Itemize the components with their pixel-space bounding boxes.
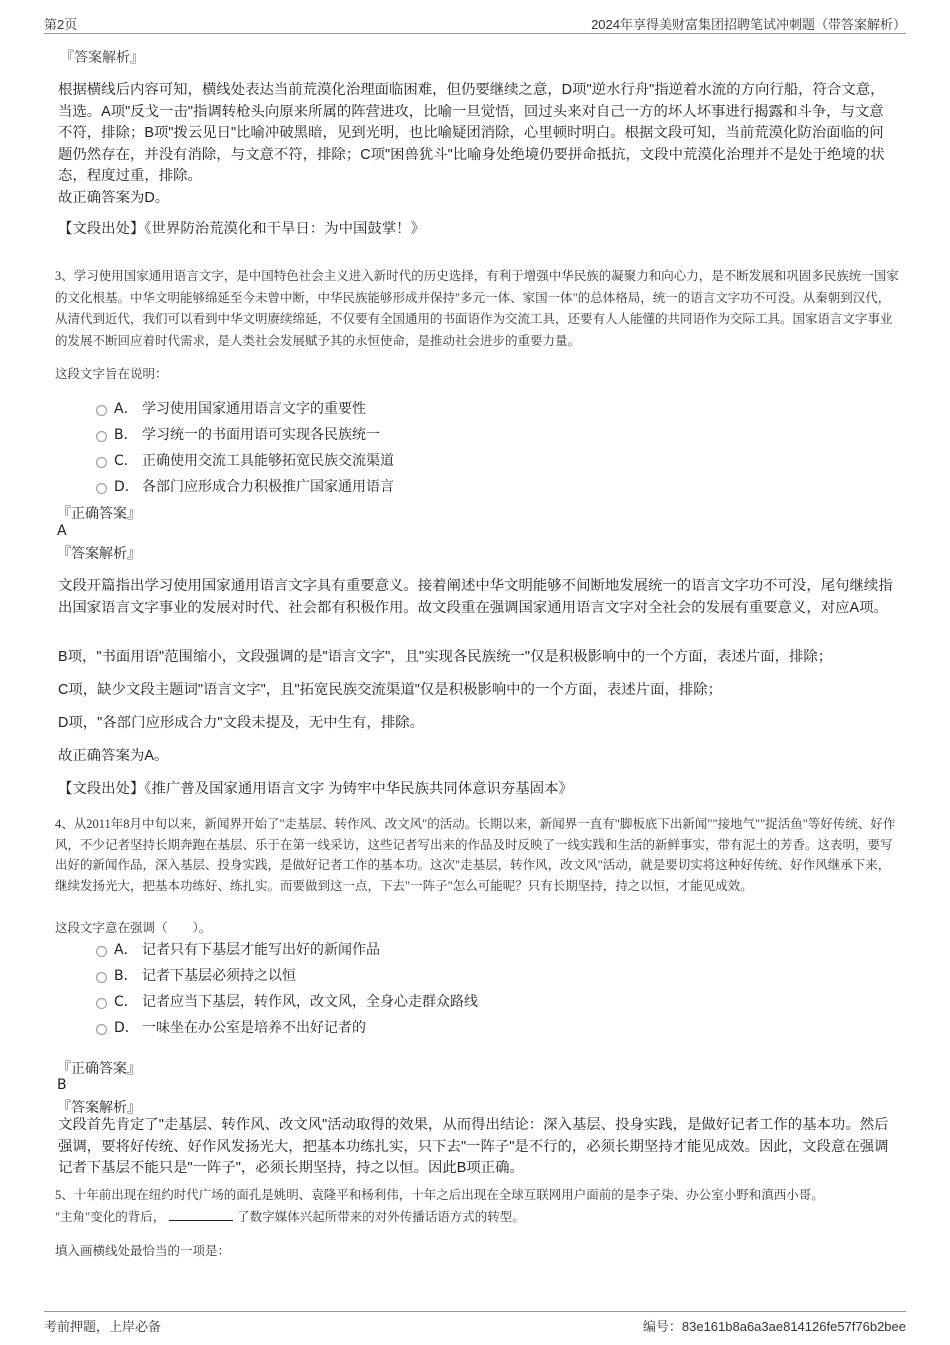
q4-analysis-label: 『答案解析』	[57, 1097, 141, 1117]
page-header: 第2页 2024年享得美财富集团招聘笔试冲刺题（带答案解析）	[44, 14, 906, 34]
radio-icon[interactable]	[96, 946, 107, 957]
q4-ask: 这段文字意在强调（ ）。	[55, 918, 211, 936]
q4-stem: 4、从2011年8月中旬以来，新闻界开始了"走基层、转作风、改文风"的活动。长期…	[55, 814, 900, 896]
q3-option-d[interactable]: D． 各部门应形成合力积极推广国家通用语言	[96, 476, 394, 496]
q3-analysis-label: 『答案解析』	[57, 543, 141, 563]
radio-icon[interactable]	[96, 483, 107, 494]
q5-stem: 5、十年前出现在纽约时代广场的面孔是姚明、袁隆平和杨利伟，十年之后出现在全球互联…	[55, 1185, 900, 1228]
q3-source: 【文段出处】《推广普及国家通用语言文字 为铸牢中华民族共同体意识夯基固本》	[58, 779, 894, 801]
radio-icon[interactable]	[96, 405, 107, 416]
q4-option-a[interactable]: A． 记者只有下基层才能写出好的新闻作品	[96, 939, 380, 959]
page-number: 第2页	[44, 14, 77, 33]
q3-analysis-p5: 故正确答案为A。	[58, 746, 894, 768]
q3-analysis-p2: B项，"书面用语"范围缩小，文段强调的是"语言文字"，且"实现各民族统一"仅是积…	[58, 647, 894, 669]
page-footer: 考前押题，上岸必备 编号：83e161b8a6a3ae814126fe57f76…	[44, 1311, 906, 1335]
q3-ask: 这段文字旨在说明：	[55, 364, 168, 382]
document-title: 2024年享得美财富集团招聘笔试冲刺题（带答案解析）	[591, 14, 906, 33]
q3-option-c[interactable]: C． 正确使用交流工具能够拓宽民族交流渠道	[96, 450, 394, 470]
q3-analysis-p4: D项，"各部门应形成合力"文段未提及，无中生有，排除。	[58, 713, 894, 735]
q3-analysis-p1: 文段开篇指出学习使用国家通用语言文字具有重要意义。接着阐述中华文明能够不间断地发…	[58, 576, 894, 619]
q2-conclusion: 故正确答案为D。	[58, 188, 894, 210]
radio-icon[interactable]	[96, 972, 107, 983]
q3-analysis-p3: C项，缺少文段主题词"语言文字"，且"拓宽民族交流渠道"仅是积极影响中的一个方面…	[58, 680, 894, 702]
q4-option-c[interactable]: C． 记者应当下基层，转作风，改文风，全身心走群众路线	[96, 991, 478, 1011]
q5-ask: 填入画横线处最恰当的一项是：	[55, 1241, 230, 1259]
q3-stem: 3、学习使用国家通用语言文字，是中国特色社会主义进入新时代的历史选择，有利于增强…	[55, 266, 900, 352]
q4-option-d[interactable]: D． 一味坐在办公室是培养不出好记者的	[96, 1017, 366, 1037]
radio-icon[interactable]	[96, 431, 107, 442]
radio-icon[interactable]	[96, 1024, 107, 1035]
radio-icon[interactable]	[96, 457, 107, 468]
footer-slogan: 考前押题，上岸必备	[44, 1316, 161, 1335]
q4-analysis: 文段首先肯定了"走基层、转作风、改文风"活动取得的效果，从而得出结论：深入基层、…	[58, 1115, 894, 1180]
q2-analysis: 根据横线后内容可知，横线处表达当前荒漠化治理面临困难，但仍要继续之意，D项"逆水…	[58, 80, 894, 188]
q2-source: 【文段出处】《世界防治荒漠化和干旱日：为中国鼓掌！》	[58, 219, 894, 241]
document-id: 编号：83e161b8a6a3ae814126fe57f76b2bee	[643, 1316, 906, 1335]
q3-answer-label: 『正确答案』	[57, 503, 141, 523]
q3-option-b[interactable]: B． 学习统一的书面用语可实现各民族统一	[96, 424, 380, 444]
q4-option-b[interactable]: B． 记者下基层必须持之以恒	[96, 965, 296, 985]
analysis-label: 『答案解析』	[60, 47, 896, 67]
fill-blank	[169, 1208, 233, 1221]
q4-answer-label: 『正确答案』	[57, 1058, 141, 1078]
radio-icon[interactable]	[96, 998, 107, 1009]
q3-option-a[interactable]: A． 学习使用国家通用语言文字的重要性	[96, 398, 366, 418]
q4-answer: B	[57, 1077, 67, 1093]
q3-answer: A	[57, 523, 67, 539]
